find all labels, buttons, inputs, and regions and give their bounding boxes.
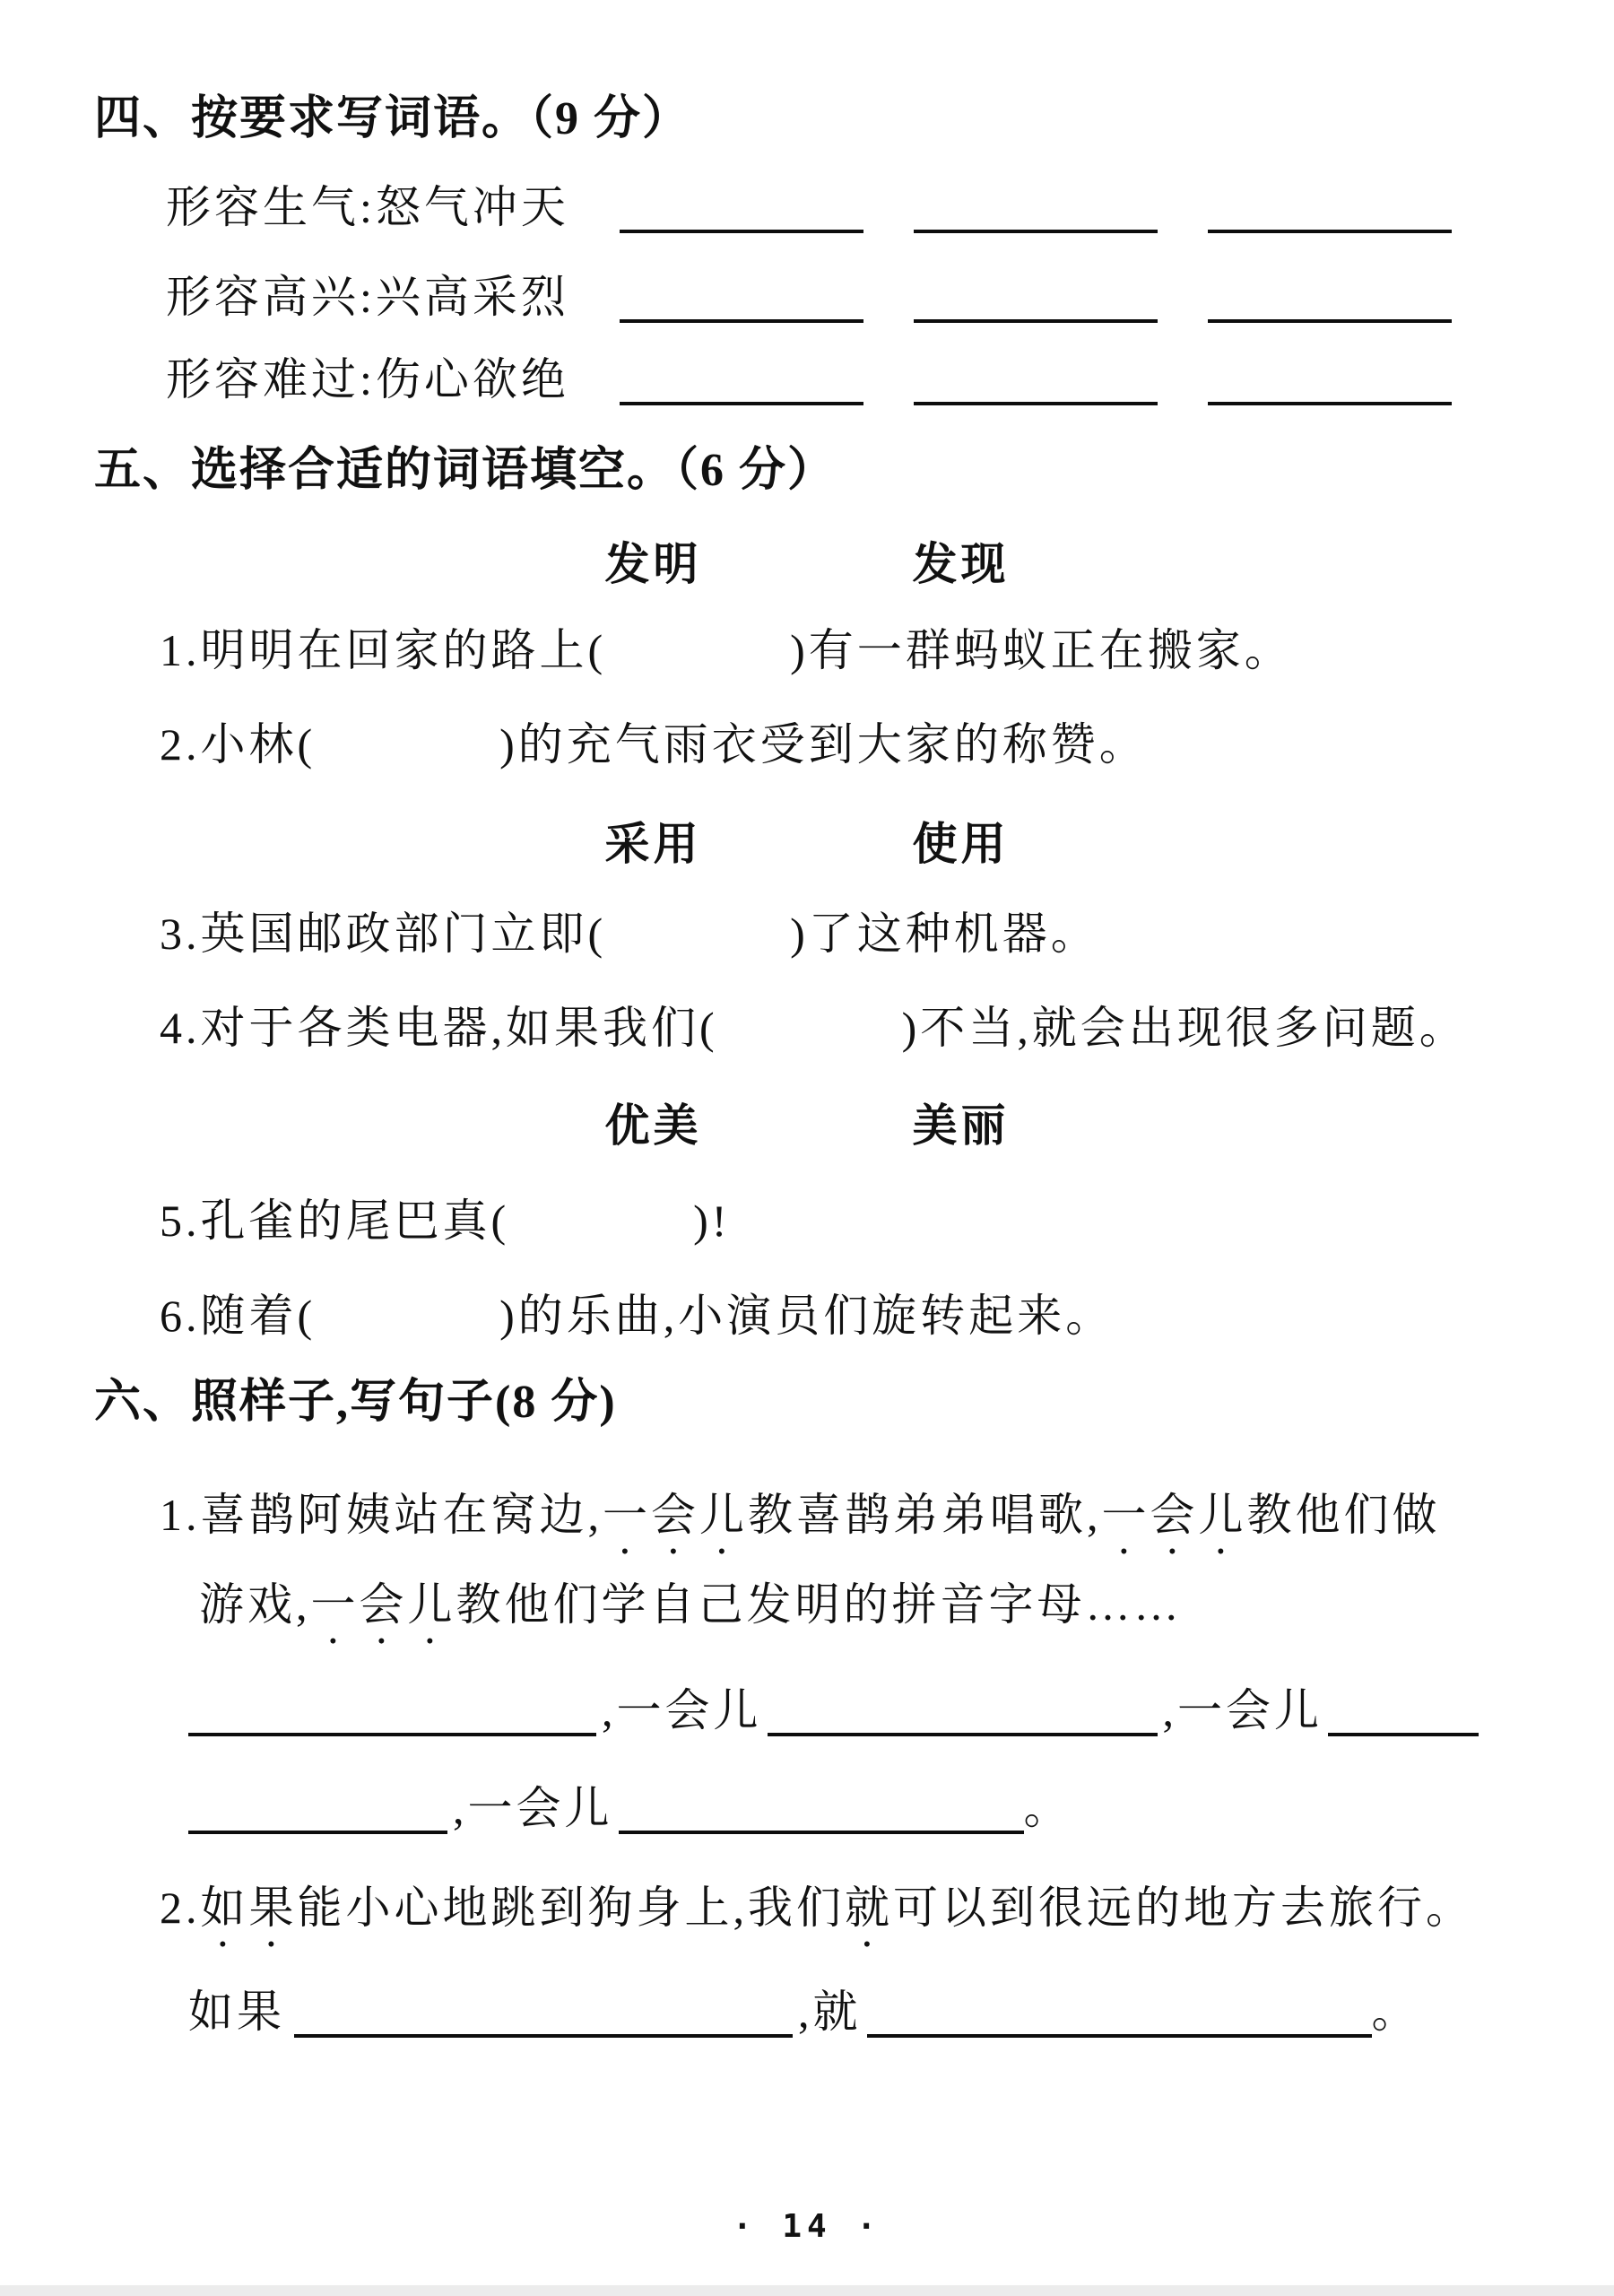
connector-text: ,一会儿 xyxy=(1163,1685,1323,1735)
item-text: )有一群蚂蚁正在搬家。 xyxy=(790,625,1293,675)
answer-blank xyxy=(914,228,1158,233)
section5-item-2: 2.小林()的充气雨衣受到大家的称赞。 xyxy=(160,717,1148,772)
answer-blank xyxy=(914,317,1158,323)
item-text: 教他们做 xyxy=(1247,1490,1441,1540)
answer-blank xyxy=(914,400,1158,405)
answer-blank xyxy=(619,1829,1024,1834)
answer-blank xyxy=(867,2032,1372,2038)
item-text: 4.对于各类电器,如果我们( xyxy=(160,1003,718,1053)
section4-row-angry: 形容生气:怒气冲天 xyxy=(166,179,1452,235)
item-text: )不当,就会出现很多问题。 xyxy=(902,1003,1468,1053)
item-text: 1.明明在回家的路上( xyxy=(160,625,606,675)
word-bank-option: 发现 xyxy=(913,536,1010,592)
item-text: 教他们学自己发明的拼音字母…… xyxy=(456,1579,1183,1630)
section6-title: 六、照样子,写句子(8 分) xyxy=(94,1375,617,1431)
section5-title: 五、选择合适的词语填空。（6 分） xyxy=(94,443,836,499)
word-bank-3: 优美 美丽 xyxy=(0,1098,1614,1153)
word-bank-option: 采用 xyxy=(605,816,702,872)
answer-blank xyxy=(1208,317,1452,323)
item-text: 2.小林( xyxy=(160,719,316,770)
word-bank-option: 优美 xyxy=(605,1098,702,1153)
section4-row-sad: 形容难过:伤心欲绝 xyxy=(166,352,1452,407)
word-bank-option: 美丽 xyxy=(913,1098,1010,1153)
answer-blank xyxy=(1328,1731,1479,1736)
page-number: · 14 · xyxy=(0,2208,1614,2245)
emphasized-text: 一会儿 xyxy=(603,1490,748,1540)
section6-item1-answer-line1: ,一会儿,一会儿 xyxy=(188,1683,1479,1738)
item-text: )! xyxy=(693,1196,730,1246)
section5-item-1: 1.明明在回家的路上()有一群蚂蚁正在搬家。 xyxy=(160,622,1293,678)
item-text: 教喜鹊弟弟唱歌, xyxy=(748,1490,1102,1540)
answer-blank xyxy=(620,317,863,323)
section4-row-happy: 形容高兴:兴高采烈 xyxy=(166,269,1452,325)
answer-blank xyxy=(294,2032,793,2038)
answer-prefix: 如果 xyxy=(188,1987,285,2037)
section5-item-4: 4.对于各类电器,如果我们()不当,就会出现很多问题。 xyxy=(160,1000,1468,1056)
connector-text: ,一会儿 xyxy=(602,1685,762,1735)
emphasized-text: 一会儿 xyxy=(1102,1490,1247,1540)
item-text: )了这种机器。 xyxy=(790,909,1099,959)
emphasized-text: 就 xyxy=(845,1883,893,1933)
row-label: 形容难过:伤心欲绝 xyxy=(166,354,569,404)
item-text: )的充气雨衣受到大家的称赞。 xyxy=(499,719,1148,770)
item-text: )的乐曲,小演员们旋转起来。 xyxy=(499,1291,1114,1341)
item-text: 可以到很远的地方去旅行。 xyxy=(893,1883,1474,1933)
item-text: 2. xyxy=(160,1883,201,1933)
answer-blank xyxy=(768,1731,1158,1736)
section6-item1-line1: 1.喜鹊阿姨站在窝边,一会儿教喜鹊弟弟唱歌,一会儿教他们做 xyxy=(160,1487,1441,1564)
answer-blank xyxy=(1208,228,1452,233)
answer-blank xyxy=(620,400,863,405)
connector-text: ,就 xyxy=(798,1987,862,2037)
scan-edge xyxy=(0,2285,1614,2296)
row-label: 形容生气:怒气冲天 xyxy=(166,182,569,232)
section6-item2-answer-line: 如果,就。 xyxy=(188,1984,1420,2039)
section6-item1-line2: 游戏,一会儿教他们学自己发明的拼音字母…… xyxy=(199,1577,1183,1654)
item-text: 5.孔雀的尾巴真( xyxy=(160,1196,509,1246)
section5-item-5: 5.孔雀的尾巴真()! xyxy=(160,1193,730,1248)
item-text: 游戏, xyxy=(199,1579,311,1630)
section5-item-3: 3.英国邮政部门立即()了这种机器。 xyxy=(160,906,1099,961)
word-bank-2: 采用 使用 xyxy=(0,816,1614,872)
item-text: 3.英国邮政部门立即( xyxy=(160,909,606,959)
word-bank-option: 发明 xyxy=(605,536,702,592)
emphasized-text: 一会儿 xyxy=(311,1579,456,1630)
row-label: 形容高兴:兴高采烈 xyxy=(166,272,569,322)
item-text: 能小心地跳到狗身上,我们 xyxy=(298,1883,846,1933)
word-bank-1: 发明 发现 xyxy=(0,536,1614,592)
word-bank-option: 使用 xyxy=(913,816,1010,872)
section5-item-6: 6.随着()的乐曲,小演员们旋转起来。 xyxy=(160,1288,1114,1344)
answer-blank xyxy=(620,228,863,233)
answer-blank xyxy=(188,1829,447,1834)
answer-blank xyxy=(1208,400,1452,405)
item-text: 6.随着( xyxy=(160,1291,316,1341)
section6-item2-line: 2.如果能小心地跳到狗身上,我们就可以到很远的地方去旅行。 xyxy=(160,1880,1474,1957)
period-text: 。 xyxy=(1372,1987,1420,2037)
item-text: 1.喜鹊阿姨站在窝边, xyxy=(160,1490,603,1540)
emphasized-text: 如果 xyxy=(201,1883,298,1933)
connector-text: ,一会儿 xyxy=(453,1783,613,1833)
answer-blank xyxy=(188,1731,596,1736)
section4-title: 四、按要求写词语。（9 分） xyxy=(94,91,690,147)
worksheet-page: 四、按要求写词语。（9 分） 形容生气:怒气冲天 形容高兴:兴高采烈 形容难过:… xyxy=(0,0,1614,2296)
period-text: 。 xyxy=(1024,1783,1072,1833)
section6-item1-answer-line2: ,一会儿。 xyxy=(188,1780,1072,1836)
